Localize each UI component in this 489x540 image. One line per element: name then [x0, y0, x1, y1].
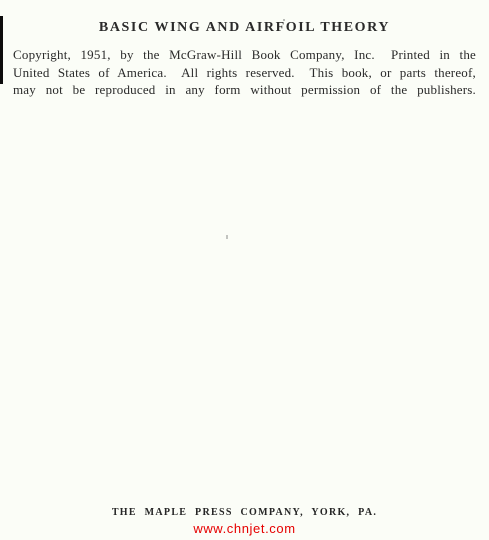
copyright-line-2: United States of America. All rights res…	[13, 64, 476, 82]
scan-speck-center	[226, 235, 228, 239]
copyright-line-1: Copyright, 1951, by the McGraw-Hill Book…	[13, 46, 476, 64]
printer-imprint: THE MAPLE PRESS COMPANY, YORK, PA.	[0, 507, 489, 518]
watermark-url: www.chnjet.com	[0, 521, 489, 536]
copyright-line-3: may not be reproduced in any form withou…	[13, 81, 476, 99]
page-title: BASIC WING AND AIRFOIL THEORY	[0, 20, 489, 36]
copyright-notice: Copyright, 1951, by the McGraw-Hill Book…	[13, 46, 476, 99]
book-copyright-page: BASIC WING AND AIRFOIL THEORY Copyright,…	[0, 0, 489, 540]
